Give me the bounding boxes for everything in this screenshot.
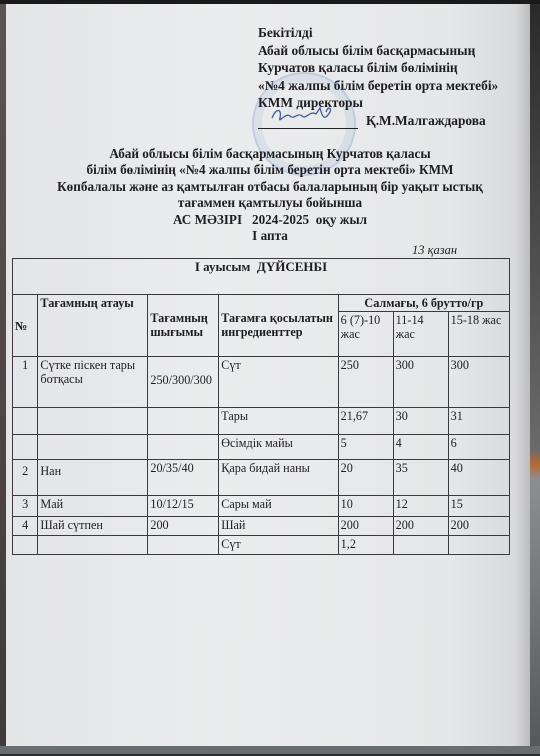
ingredient-cell: Сүт: [219, 536, 338, 555]
weight-6-10-cell: 5: [338, 435, 393, 460]
row-num-cell: 3: [13, 496, 38, 517]
dish-name-cell: Май: [38, 496, 148, 517]
row-num-cell: [13, 536, 38, 555]
weight-6-10-cell: 20: [338, 460, 393, 496]
signature-line: Қ.М.Малгаждарова: [258, 112, 498, 130]
weight-11-14-cell: 300: [393, 357, 448, 408]
header-yield: Тағамның шығымы: [148, 295, 219, 357]
weight-6-10-cell: 250: [338, 357, 393, 408]
dish-name-cell: [38, 435, 148, 460]
weight-15-18-cell: 6: [448, 435, 509, 460]
dish-name-cell: Шай сүтпен: [38, 517, 148, 536]
weight-6-10-cell: 1,2: [338, 536, 393, 555]
approval-block: Бекітілді Абай облысы білім басқармасыны…: [258, 24, 498, 129]
yield-cell: 10/12/15: [148, 496, 219, 517]
weight-6-10-cell: 200: [338, 517, 393, 536]
ingredient-cell: Шай: [219, 517, 338, 536]
weight-6-10-cell: 10: [338, 496, 393, 517]
yield-cell: 20/35/40: [148, 460, 219, 496]
header-age-11-14: 11-14 жас: [393, 312, 448, 357]
approval-line: «№4 жалпы білім беретін орта мектебі»: [258, 77, 498, 95]
row-num-cell: 4: [13, 517, 38, 536]
table-row: 1Сүтке піскен тары ботқасы250/300/300Сүт…: [13, 357, 510, 408]
dish-name-cell: [38, 536, 148, 555]
weight-11-14-cell: [393, 536, 448, 555]
heading-line: тағаммен қамтылуы бойынша: [40, 195, 500, 211]
heading-line: Абай облысы білім басқармасының Курчатов…: [40, 146, 500, 162]
header-num: №: [13, 295, 38, 357]
signature-blank: [258, 114, 358, 129]
approval-line: КММ директоры: [258, 94, 498, 112]
week-label: І апта: [40, 228, 500, 244]
table-row: 4Шай сүтпен200Шай200200200: [13, 517, 510, 536]
row-num-cell: 1: [13, 357, 38, 408]
table-row: Сүт1,2: [13, 536, 510, 555]
document-heading: Абай облысы білім басқармасының Курчатов…: [40, 146, 500, 244]
heading-line: Көпбалалы және аз қамтылған отбасы балал…: [40, 179, 500, 195]
weight-15-18-cell: 40: [448, 460, 509, 496]
weight-15-18-cell: 200: [448, 517, 509, 536]
dish-name-cell: Сүтке піскен тары ботқасы: [38, 357, 148, 408]
menu-title: АС МӘЗІРІ 2024-2025 оқу жыл: [40, 212, 500, 228]
row-num-cell: 2: [13, 460, 38, 496]
row-num-cell: [13, 408, 38, 435]
signatory-name: Қ.М.Малгаждарова: [366, 112, 486, 130]
approval-line: Курчатов қаласы білім бөлімінің: [258, 59, 498, 77]
row-num-cell: [13, 435, 38, 460]
table-row: Өсімдік майы546: [13, 435, 510, 460]
weight-11-14-cell: 200: [393, 517, 448, 536]
header-age-15-18: 15-18 жас: [448, 312, 509, 357]
header-ingredients: Тағамға қосылатын ингредиенттер: [219, 295, 338, 357]
weight-15-18-cell: 300: [448, 357, 509, 408]
weight-11-14-cell: 12: [393, 496, 448, 517]
yield-cell: [148, 435, 219, 460]
yield-cell: [148, 536, 219, 555]
table-row: 2Нан20/35/40Қара бидай наны203540: [13, 460, 510, 496]
ingredient-cell: Сүт: [219, 357, 338, 408]
ingredient-cell: Тары: [219, 408, 338, 435]
header-dish-name: Тағамның атауы: [38, 295, 148, 357]
header-weight-group: Салмағы, 6 брутто/гр: [338, 295, 509, 312]
weight-11-14-cell: 4: [393, 435, 448, 460]
ingredient-cell: Қара бидай наны: [219, 460, 338, 496]
ingredient-cell: Өсімдік майы: [219, 435, 338, 460]
header-age-6-10: 6 (7)-10 жас: [338, 312, 393, 357]
weight-11-14-cell: 35: [393, 460, 448, 496]
approval-line: Бекітілді: [258, 24, 498, 42]
table-row: 3Май10/12/15Сары май101215: [13, 496, 510, 517]
yield-cell: 200: [148, 517, 219, 536]
dish-name-cell: Нан: [38, 460, 148, 496]
table-row: Тары21,673031: [13, 408, 510, 435]
yield-cell: [148, 408, 219, 435]
approval-line: Абай облысы білім басқармасының: [258, 42, 498, 60]
weight-6-10-cell: 21,67: [338, 408, 393, 435]
menu-date: 13 қазан: [412, 243, 457, 258]
weight-15-18-cell: 15: [448, 496, 509, 517]
shift-title: І ауысым ДҮЙСЕНБІ: [13, 259, 510, 295]
shift-title-row: І ауысым ДҮЙСЕНБІ: [13, 259, 510, 295]
heading-line: білім бөлімінің «№4 жалпы білім беретін …: [40, 162, 500, 178]
weight-15-18-cell: [448, 536, 509, 555]
weight-11-14-cell: 30: [393, 408, 448, 435]
weight-15-18-cell: 31: [448, 408, 509, 435]
ingredient-cell: Сары май: [219, 496, 338, 517]
dish-name-cell: [38, 408, 148, 435]
menu-table: І ауысым ДҮЙСЕНБІ № Тағамның атауы Тағам…: [12, 258, 510, 555]
header-row: № Тағамның атауы Тағамның шығымы Тағамға…: [13, 295, 510, 312]
photo-bottom-edge: [0, 746, 540, 756]
yield-cell: 250/300/300: [148, 357, 219, 408]
